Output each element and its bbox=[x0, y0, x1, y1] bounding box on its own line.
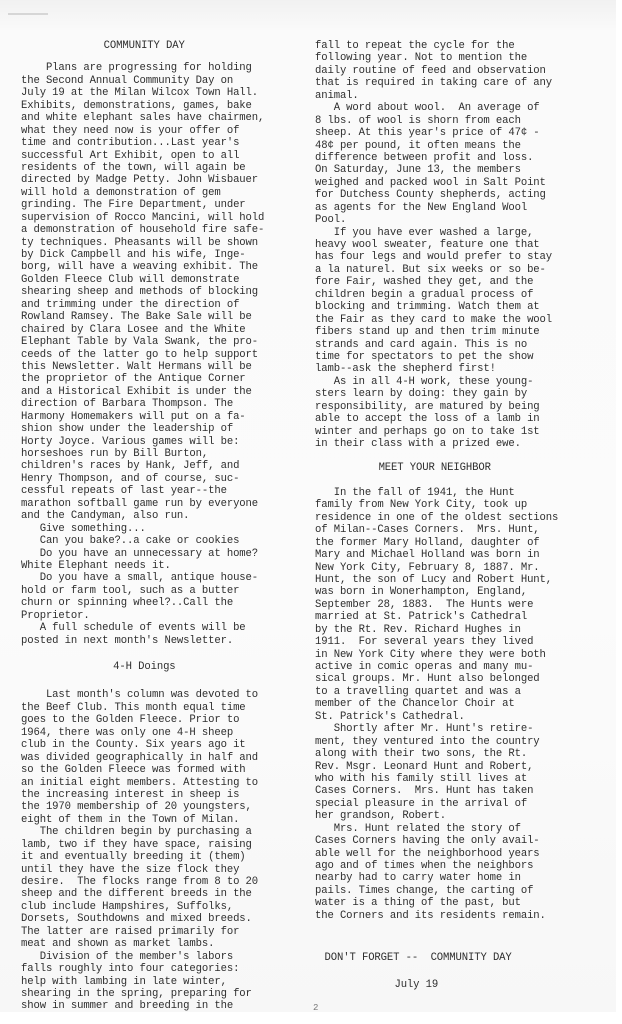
text-line: ceeds of the latter go to help support bbox=[21, 349, 264, 361]
text-line: able to accept the loss of a lamb in bbox=[315, 413, 558, 425]
text-line: the Corners and its residents remain. bbox=[315, 910, 558, 922]
text-line: will hold a demonstration of gem bbox=[21, 187, 264, 199]
text-line: the proprietor of the Antique Corner bbox=[21, 373, 264, 385]
text-line: who with his family still lives at bbox=[315, 773, 558, 785]
text-line: Division of the member's labors bbox=[21, 951, 264, 963]
text-line: responsibility, are matured by being bbox=[315, 401, 558, 413]
text-line: direction of Barbara Thompson. The bbox=[21, 398, 264, 410]
text-line: The latter are raised primarily for bbox=[21, 926, 264, 938]
section-heading: COMMUNITY DAY bbox=[21, 40, 264, 52]
text-line: ago and of times when the neighbors bbox=[315, 860, 558, 872]
text-line: in their class with a prized ewe. bbox=[315, 438, 558, 450]
section-gap bbox=[21, 52, 264, 62]
text-line: that is required in taking care of any bbox=[315, 77, 558, 89]
text-line: a demonstration of household fire safe- bbox=[21, 224, 264, 236]
text-line: children's races by Hank, Jeff, and bbox=[21, 460, 264, 472]
text-line: Pool. bbox=[315, 214, 558, 226]
text-line: by Dick Campbell and his wife, Inge- bbox=[21, 249, 264, 261]
text-line: sters learn by doing: they gain by bbox=[315, 388, 558, 400]
text-line: As in all 4-H work, these young- bbox=[315, 376, 558, 388]
text-line: chaired by Clara Losee and the White bbox=[21, 324, 264, 336]
text-line: so the Golden Fleece was formed with bbox=[21, 764, 264, 776]
text-line: it and eventually breeding it (them) bbox=[21, 851, 264, 863]
text-line: sheep. At this year's price of 47¢ - bbox=[315, 127, 558, 139]
text-line: Rowland Ramsey. The Bake Sale will be bbox=[21, 311, 264, 323]
text-line: ment, they ventured into the country bbox=[315, 736, 558, 748]
text-line: Proprietor. bbox=[21, 610, 264, 622]
text-line: Cases Corners. Mrs. Hunt has taken bbox=[315, 785, 558, 797]
text-line: lamb, two if they have space, raising bbox=[21, 839, 264, 851]
text-line: White Elephant needs it. bbox=[21, 560, 264, 572]
text-line: along with their two sons, the Rt. bbox=[315, 748, 558, 760]
text-line: Mary and Michael Holland was born in bbox=[315, 549, 558, 561]
reminder-notice: DON'T FORGET -- COMMUNITY DAY bbox=[315, 952, 558, 964]
text-line: sheep and the different breeds in the bbox=[21, 888, 264, 900]
text-line: The children begin by purchasing a bbox=[21, 826, 264, 838]
text-line: has four legs and would prefer to stay bbox=[315, 251, 558, 263]
text-line: July 19 at the Milan Wilcox Town Hall. bbox=[21, 87, 264, 99]
text-line: fall to repeat the cycle for the bbox=[315, 40, 558, 52]
text-line: member of the Chancelor Choir at bbox=[315, 698, 558, 710]
text-line: pails. Times change, the carting of bbox=[315, 885, 558, 897]
text-line: show in summer and breeding in the bbox=[21, 1000, 264, 1012]
text-line: Golden Fleece Club will demonstrate bbox=[21, 274, 264, 286]
text-line: Hunt, the son of Lucy and Robert Hunt, bbox=[315, 574, 558, 586]
text-line: her grandson, Robert. bbox=[315, 810, 558, 822]
text-line: able well for the neighborhood years bbox=[315, 848, 558, 860]
right-column: fall to repeat the cycle for thefollowin… bbox=[315, 40, 558, 991]
text-line: and the Candyman, also run. bbox=[21, 510, 264, 522]
text-line: of Milan--Cases Corners. Mrs. Hunt, bbox=[315, 524, 558, 536]
text-line: Rev. Msgr. Leonard Hunt and Robert, bbox=[315, 761, 558, 773]
text-line: 48¢ per pound, it often means the bbox=[315, 140, 558, 152]
text-line: 1964, there was only one 4-H sheep bbox=[21, 727, 264, 739]
text-line: water is a thing of the past, but bbox=[315, 897, 558, 909]
text-line: special pleasure in the arrival of bbox=[315, 798, 558, 810]
text-line: Last month's column was devoted to bbox=[21, 689, 264, 701]
text-line: A word about wool. An average of bbox=[315, 102, 558, 114]
section-gap bbox=[315, 922, 558, 952]
text-line: to a travelling quartet and was a bbox=[315, 686, 558, 698]
text-line: 8 lbs. of wool is shorn from each bbox=[315, 115, 558, 127]
text-line: supervision of Rocco Mancini, will hold bbox=[21, 212, 264, 224]
text-line: in New York City where they were both bbox=[315, 649, 558, 661]
text-line: directed by Madge Petty. John Wisbauer bbox=[21, 174, 264, 186]
text-line: goes to the Golden Fleece. Prior to bbox=[21, 714, 264, 726]
text-line: horseshoes run by Bill Burton, bbox=[21, 448, 264, 460]
text-line: desire. The flocks range from 8 to 20 bbox=[21, 876, 264, 888]
text-line: grinding. The Fire Department, under bbox=[21, 199, 264, 211]
text-line: time and contribution...Last year's bbox=[21, 137, 264, 149]
text-line: Plans are progressing for holding bbox=[21, 62, 264, 74]
text-line: was born in Wonerhampton, England, bbox=[315, 586, 558, 598]
text-line: successful Art Exhibit, open to all bbox=[21, 150, 264, 162]
text-line: fibers stand up and then trim minute bbox=[315, 326, 558, 338]
text-line: following year. Not to mention the bbox=[315, 52, 558, 64]
text-line: an initial eight members. Attesting to bbox=[21, 777, 264, 789]
text-line: borg, will have a weaving exhibit. The bbox=[21, 261, 264, 273]
text-line: marathon softball game run by everyone bbox=[21, 498, 264, 510]
text-line: winter and perhaps go on to take 1st bbox=[315, 426, 558, 438]
text-line: and trimming under the direction of bbox=[21, 299, 264, 311]
text-line: A full schedule of events will be bbox=[21, 622, 264, 634]
text-line: shion show under the leadership of bbox=[21, 423, 264, 435]
text-line: children begin a gradual process of bbox=[315, 289, 558, 301]
text-line: was divided geographically in half and bbox=[21, 752, 264, 764]
text-line: Give something... bbox=[21, 523, 264, 535]
text-line: the Beef Club. This month equal time bbox=[21, 702, 264, 714]
text-line: eight of them in the Town of Milan. bbox=[21, 814, 264, 826]
text-line: residents of the town, will again be bbox=[21, 162, 264, 174]
text-line: club in the County. Six years ago it bbox=[21, 739, 264, 751]
text-line: churn or spinning wheel?..Call the bbox=[21, 597, 264, 609]
text-line: strands and card again. This is no bbox=[315, 339, 558, 351]
text-line: this Newsletter. Walt Hermans will be bbox=[21, 361, 264, 373]
text-line: Can you bake?..a cake or cookies bbox=[21, 535, 264, 547]
text-line: blocking and trimming. Watch them at bbox=[315, 301, 558, 313]
section-gap bbox=[21, 673, 264, 689]
section-gap bbox=[315, 475, 558, 487]
text-line: weighed and packed wool in Salt Point bbox=[315, 177, 558, 189]
text-line: meat and shown as market lambs. bbox=[21, 938, 264, 950]
text-line: Do you have a small, antique house- bbox=[21, 572, 264, 584]
text-line: Shortly after Mr. Hunt's retire- bbox=[315, 723, 558, 735]
text-line: for Dutchess County shepherds, acting bbox=[315, 189, 558, 201]
text-line: family from New York City, took up bbox=[315, 499, 558, 511]
text-line: 1911. For several years they lived bbox=[315, 636, 558, 648]
text-line: shearing in the spring, preparing for bbox=[21, 988, 264, 1000]
text-line: If you have ever washed a large, bbox=[315, 227, 558, 239]
section-heading: MEET YOUR NEIGHBOR bbox=[315, 462, 558, 474]
section-gap bbox=[315, 450, 558, 462]
text-line: Harmony Homemakers will put on a fa- bbox=[21, 411, 264, 423]
text-line: New York City, February 8, 1887. Mr. bbox=[315, 562, 558, 574]
text-line: Exhibits, demonstrations, games, bake bbox=[21, 100, 264, 112]
page-edge bbox=[616, 0, 622, 1012]
text-line: heavy wool sweater, feature one that bbox=[315, 239, 558, 251]
text-line: Dorsets, Southdowns and mixed breeds. bbox=[21, 913, 264, 925]
left-column: COMMUNITY DAY Plans are progressing for … bbox=[21, 40, 264, 1013]
text-line: a la naturel. But six weeks or so be- bbox=[315, 264, 558, 276]
text-line: St. Patrick's Cathedral. bbox=[315, 711, 558, 723]
text-line: nearby had to carry water home in bbox=[315, 872, 558, 884]
text-line: daily routine of feed and observation bbox=[315, 65, 558, 77]
text-line: the 1970 membership of 20 youngsters, bbox=[21, 801, 264, 813]
text-line: Mrs. Hunt related the story of bbox=[315, 823, 558, 835]
text-line: In the fall of 1941, the Hunt bbox=[315, 487, 558, 499]
text-line: the Second Annual Community Day on bbox=[21, 75, 264, 87]
text-line: the former Mary Holland, daughter of bbox=[315, 537, 558, 549]
text-line: time for spectators to pet the show bbox=[315, 351, 558, 363]
text-line: married at St. Patrick's Cathedral bbox=[315, 611, 558, 623]
text-line: September 28, 1883. The Hunts were bbox=[315, 599, 558, 611]
text-line: difference between profit and loss. bbox=[315, 152, 558, 164]
text-line: cessful repeats of last year--the bbox=[21, 485, 264, 497]
text-line: hold or farm tool, such as a butter bbox=[21, 585, 264, 597]
text-line: and a Historical Exhibit is under the bbox=[21, 386, 264, 398]
text-line: help with lambing in late winter, bbox=[21, 976, 264, 988]
reminder-date: July 19 bbox=[315, 979, 558, 991]
text-line: what they need now is your offer of bbox=[21, 125, 264, 137]
text-line: and white elephant sales have chairmen, bbox=[21, 112, 264, 124]
text-line: until they have the size flock they bbox=[21, 864, 264, 876]
text-line: as agents for the New England Wool bbox=[315, 202, 558, 214]
scan-smudge bbox=[8, 13, 48, 15]
text-line: Do you have an unnecessary at home? bbox=[21, 548, 264, 560]
text-line: Cases Corners having the only avail- bbox=[315, 835, 558, 847]
text-line: fore Fair, washed they get, and the bbox=[315, 276, 558, 288]
text-line: posted in next month's Newsletter. bbox=[21, 635, 264, 647]
page-number: 2 bbox=[313, 1003, 318, 1013]
text-line: the increasing interest in sheep is bbox=[21, 789, 264, 801]
text-line: club include Hampshires, Suffolks, bbox=[21, 901, 264, 913]
text-line: lamb--ask the shepherd first! bbox=[315, 363, 558, 375]
text-line: Horty Joyce. Various games will be: bbox=[21, 436, 264, 448]
text-line: shearing sheep and methods of blocking bbox=[21, 286, 264, 298]
text-line: On Saturday, June 13, the members bbox=[315, 164, 558, 176]
text-line: Elephant Table by Vala Swank, the pro- bbox=[21, 336, 264, 348]
text-line: active in comic operas and many mu- bbox=[315, 661, 558, 673]
text-line: the Fair as they card to make the wool bbox=[315, 314, 558, 326]
text-line: ty techniques. Pheasants will be shown bbox=[21, 237, 264, 249]
text-line: falls roughly into four categories: bbox=[21, 963, 264, 975]
section-heading: 4-H Doings bbox=[21, 661, 264, 673]
text-line: residence in one of the oldest sections bbox=[315, 512, 558, 524]
text-line: sical groups. Mr. Hunt also belonged bbox=[315, 673, 558, 685]
text-line: by the Rt. Rev. Richard Hughes in bbox=[315, 624, 558, 636]
text-line: animal. bbox=[315, 90, 558, 102]
section-gap bbox=[315, 965, 558, 979]
section-gap bbox=[21, 647, 264, 661]
text-line: Henry Thompson, and of course, suc- bbox=[21, 473, 264, 485]
